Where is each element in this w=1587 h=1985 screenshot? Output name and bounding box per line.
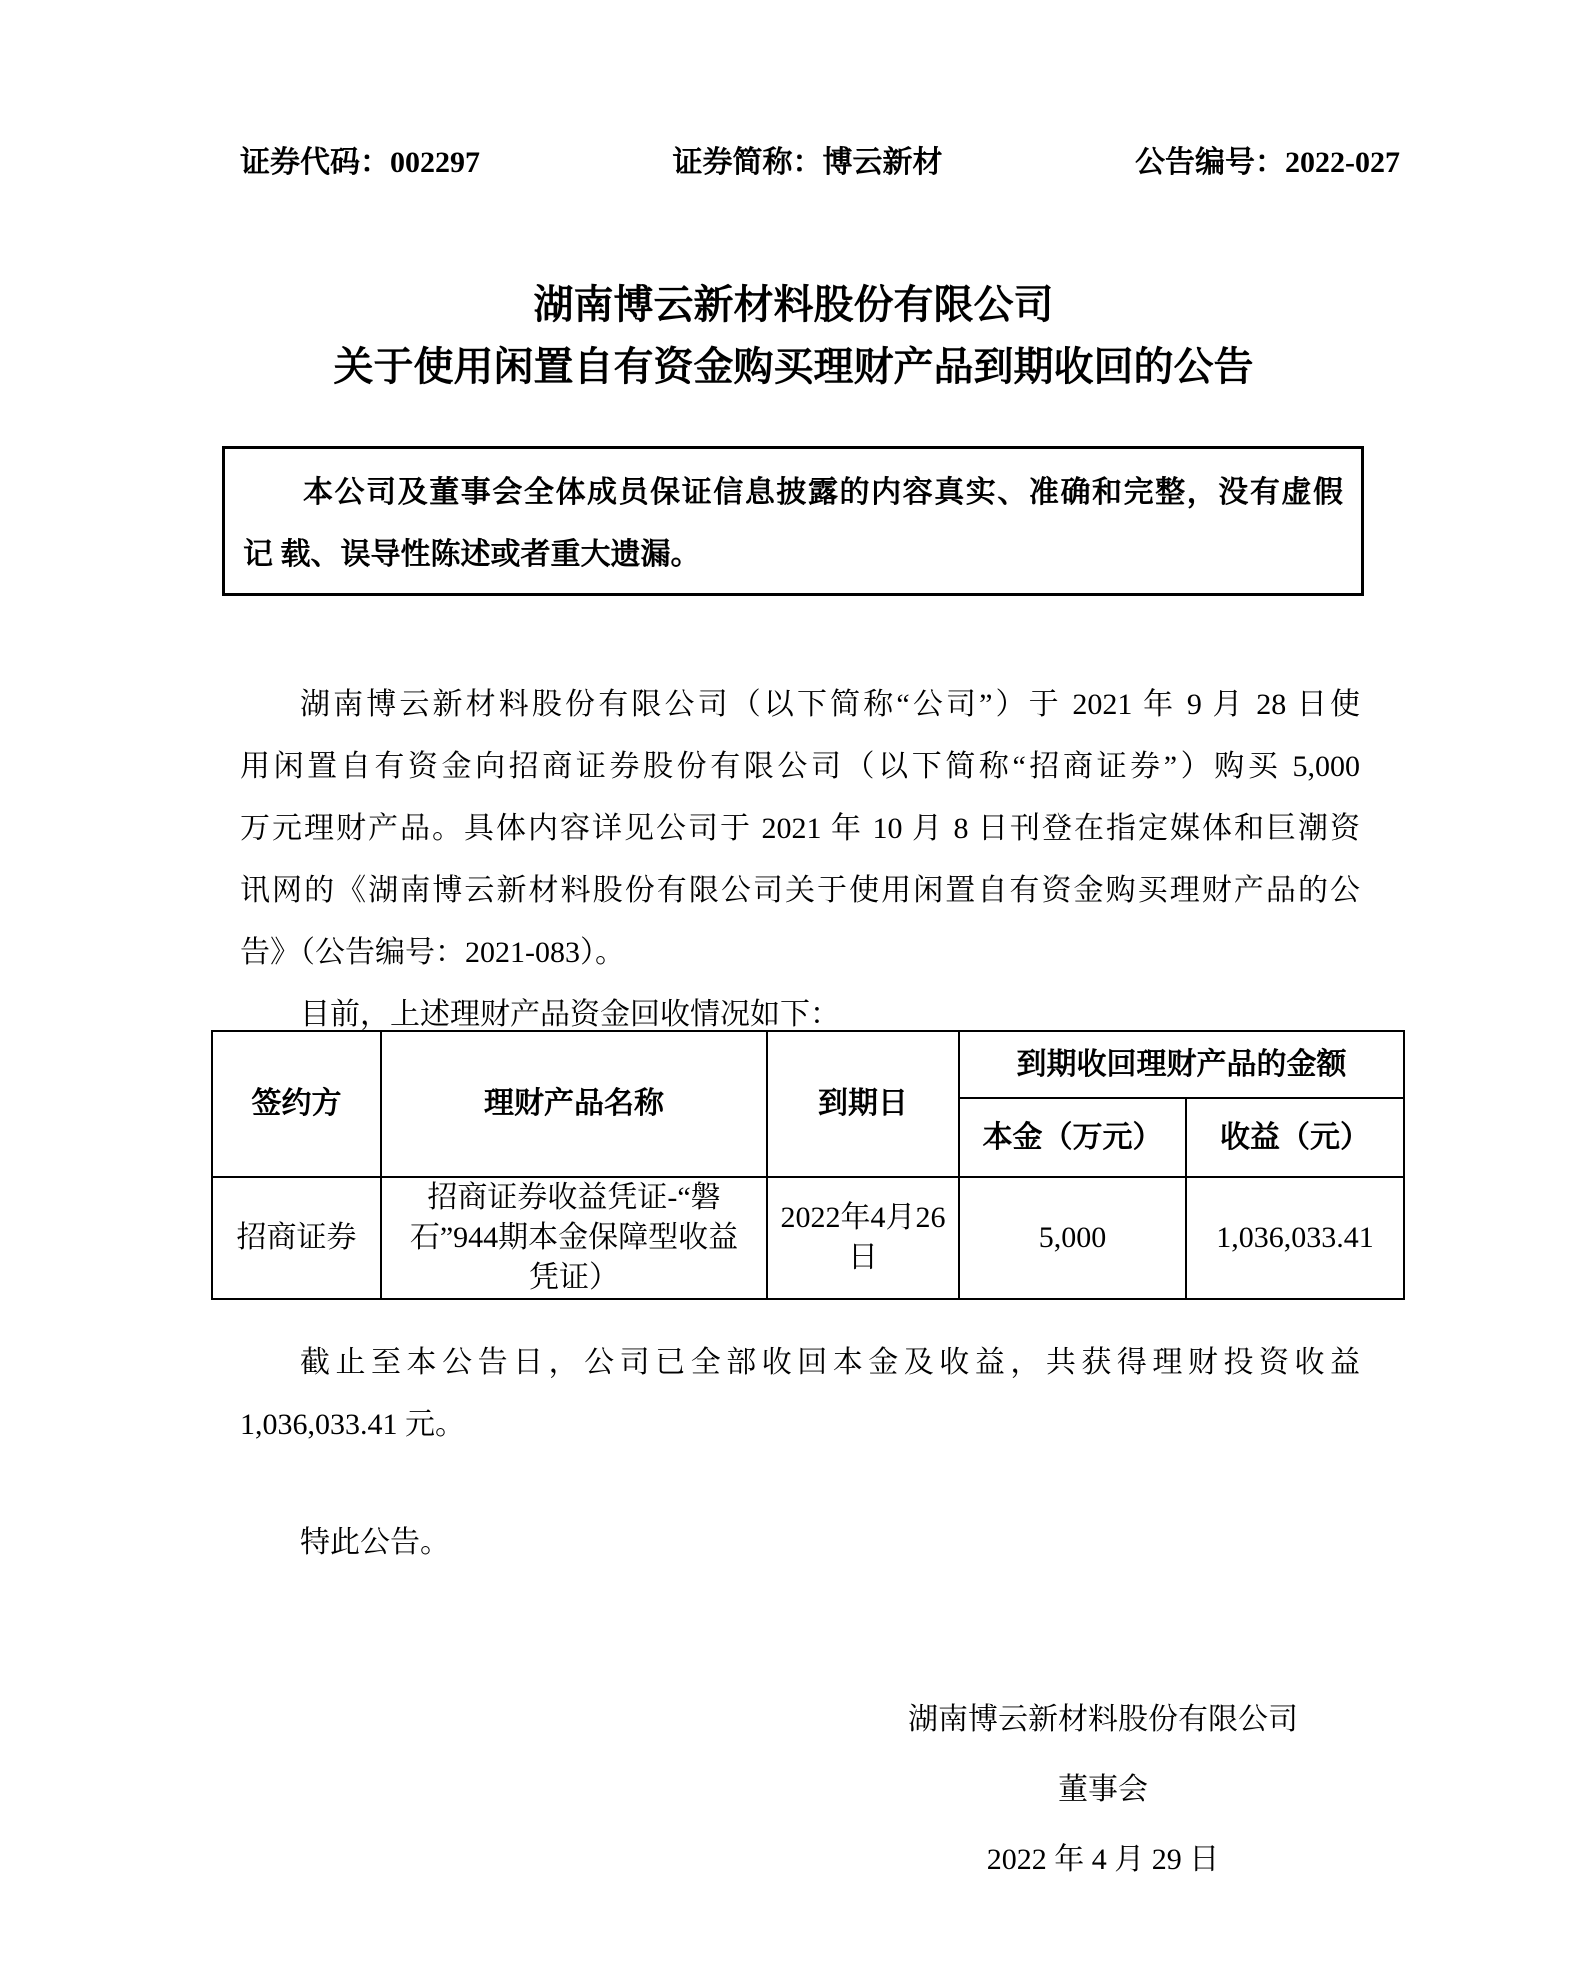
closing-paragraph: 截止至本公告日，公司已全部收回本金及收益，共获得理财投资收益 1,036,033… [240, 1332, 1360, 1456]
signature-board: 董事会 [903, 1755, 1303, 1825]
stock-short-name: 证券简称：博云新材 [673, 146, 943, 180]
document-title-subject: 关于使用闲置自有资金购买理财产品到期收回的公告 [0, 343, 1587, 391]
para1-line-2: 用闲置自有资金向招商证券股份有限公司（以下简称“招商证券”）购买 5,000 [240, 736, 1360, 798]
para1-line-5: 告》（公告编号：2021-083）。 [240, 922, 1360, 984]
announcement-number: 公告编号：2022-027 [1135, 146, 1400, 180]
para1-line-4: 讯网的《湖南博云新材料股份有限公司关于使用闲置自有资金购买理财产品的公 [240, 860, 1360, 922]
cell-due-date: 2022年4月26日 [767, 1177, 959, 1299]
cell-product-name: 招商证券收益凭证-“磐石”944期本金保障型收益凭证） [381, 1177, 767, 1299]
closing-line-2: 1,036,033.41 元。 [240, 1394, 1360, 1456]
th-product-name: 理财产品名称 [381, 1031, 767, 1177]
disclaimer-line-1: 本公司及董事会全体成员保证信息披露的内容真实、准确和完整，没有虚假 [243, 462, 1343, 524]
cell-income: 1,036,033.41 [1186, 1177, 1404, 1299]
th-principal: 本金（万元） [959, 1098, 1186, 1177]
document-title-company: 湖南博云新材料股份有限公司 [0, 281, 1587, 329]
th-income: 收益（元） [1186, 1098, 1404, 1177]
table-header-row-1: 签约方 理财产品名称 到期日 到期收回理财产品的金额 [212, 1031, 1404, 1098]
recovery-table: 签约方 理财产品名称 到期日 到期收回理财产品的金额 本金（万元） 收益（元） … [211, 1030, 1405, 1300]
body-paragraphs: 湖南博云新材料股份有限公司（以下简称“公司”）于 2021 年 9 月 28 日… [240, 674, 1360, 1046]
th-party: 签约方 [212, 1031, 381, 1177]
closing-line-1: 截止至本公告日，公司已全部收回本金及收益，共获得理财投资收益 [240, 1332, 1360, 1394]
disclaimer-line-2: 记 载、误导性陈述或者重大遗漏。 [243, 524, 1343, 586]
securities-header-line: 证券代码：002297 证券简称：博云新材 公告编号：2022-027 [240, 146, 1400, 180]
disclaimer-box: 本公司及董事会全体成员保证信息披露的内容真实、准确和完整，没有虚假 记 载、误导… [222, 446, 1364, 596]
para1-line-1: 湖南博云新材料股份有限公司（以下简称“公司”）于 2021 年 9 月 28 日… [240, 674, 1360, 736]
signature-block: 湖南博云新材料股份有限公司 董事会 2022 年 4 月 29 日 [903, 1685, 1303, 1895]
cell-principal: 5,000 [959, 1177, 1186, 1299]
th-amount-group: 到期收回理财产品的金额 [959, 1031, 1404, 1098]
stock-code: 证券代码：002297 [240, 146, 480, 180]
table-row: 招商证券 招商证券收益凭证-“磐石”944期本金保障型收益凭证） 2022年4月… [212, 1177, 1404, 1299]
hereby-announcement: 特此公告。 [240, 1512, 1360, 1574]
para1-line-3: 万元理财产品。具体内容详见公司于 2021 年 10 月 8 日刊登在指定媒体和… [240, 798, 1360, 860]
announcement-document: 证券代码：002297 证券简称：博云新材 公告编号：2022-027 湖南博云… [0, 0, 1587, 1985]
cell-party: 招商证券 [212, 1177, 381, 1299]
th-due-date: 到期日 [767, 1031, 959, 1177]
signature-date: 2022 年 4 月 29 日 [903, 1825, 1303, 1895]
signature-company: 湖南博云新材料股份有限公司 [903, 1685, 1303, 1755]
